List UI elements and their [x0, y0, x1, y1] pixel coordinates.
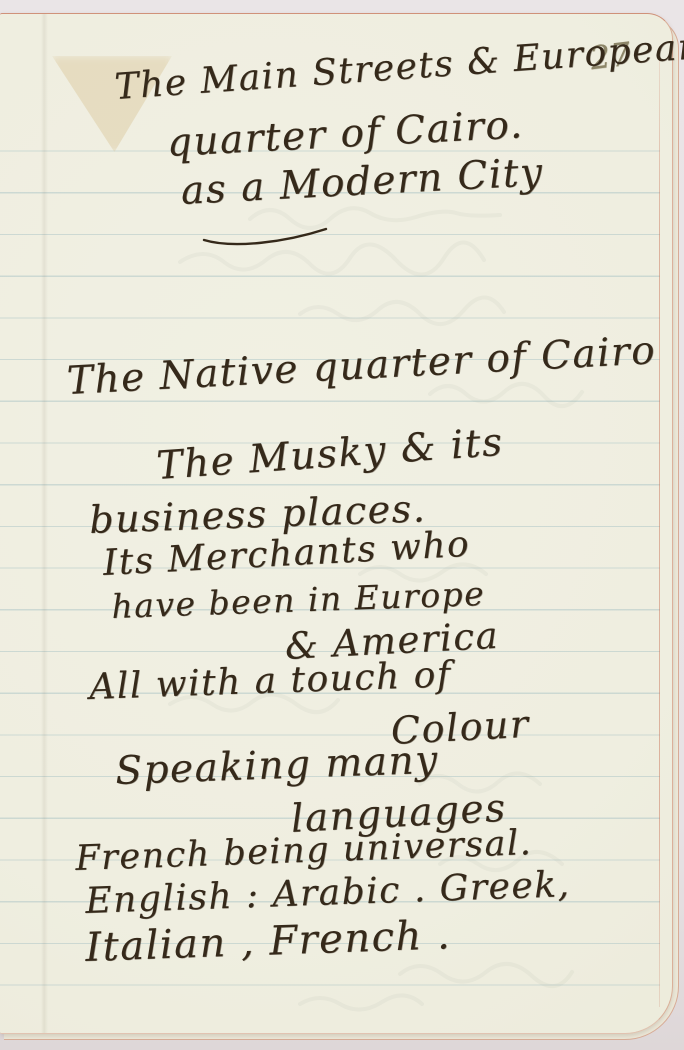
handwritten-line: Speaking many [115, 741, 440, 791]
title-line: The Main Streets & European [113, 29, 684, 106]
handwritten-line: Italian , French . [85, 915, 452, 968]
handwritten-line: All with a touch of [89, 657, 452, 706]
page-edge-line [659, 48, 660, 1007]
binding-crease [41, 14, 48, 1033]
handwritten-line: The Native quarter of Cairo [66, 331, 657, 401]
notebook-page: 27 The Main Streets & European quarter o… [0, 13, 673, 1034]
handwritten-line: The Musky & its [155, 423, 504, 486]
ink-flourish [200, 224, 330, 250]
handwritten-line: have been in Europe [111, 577, 486, 623]
